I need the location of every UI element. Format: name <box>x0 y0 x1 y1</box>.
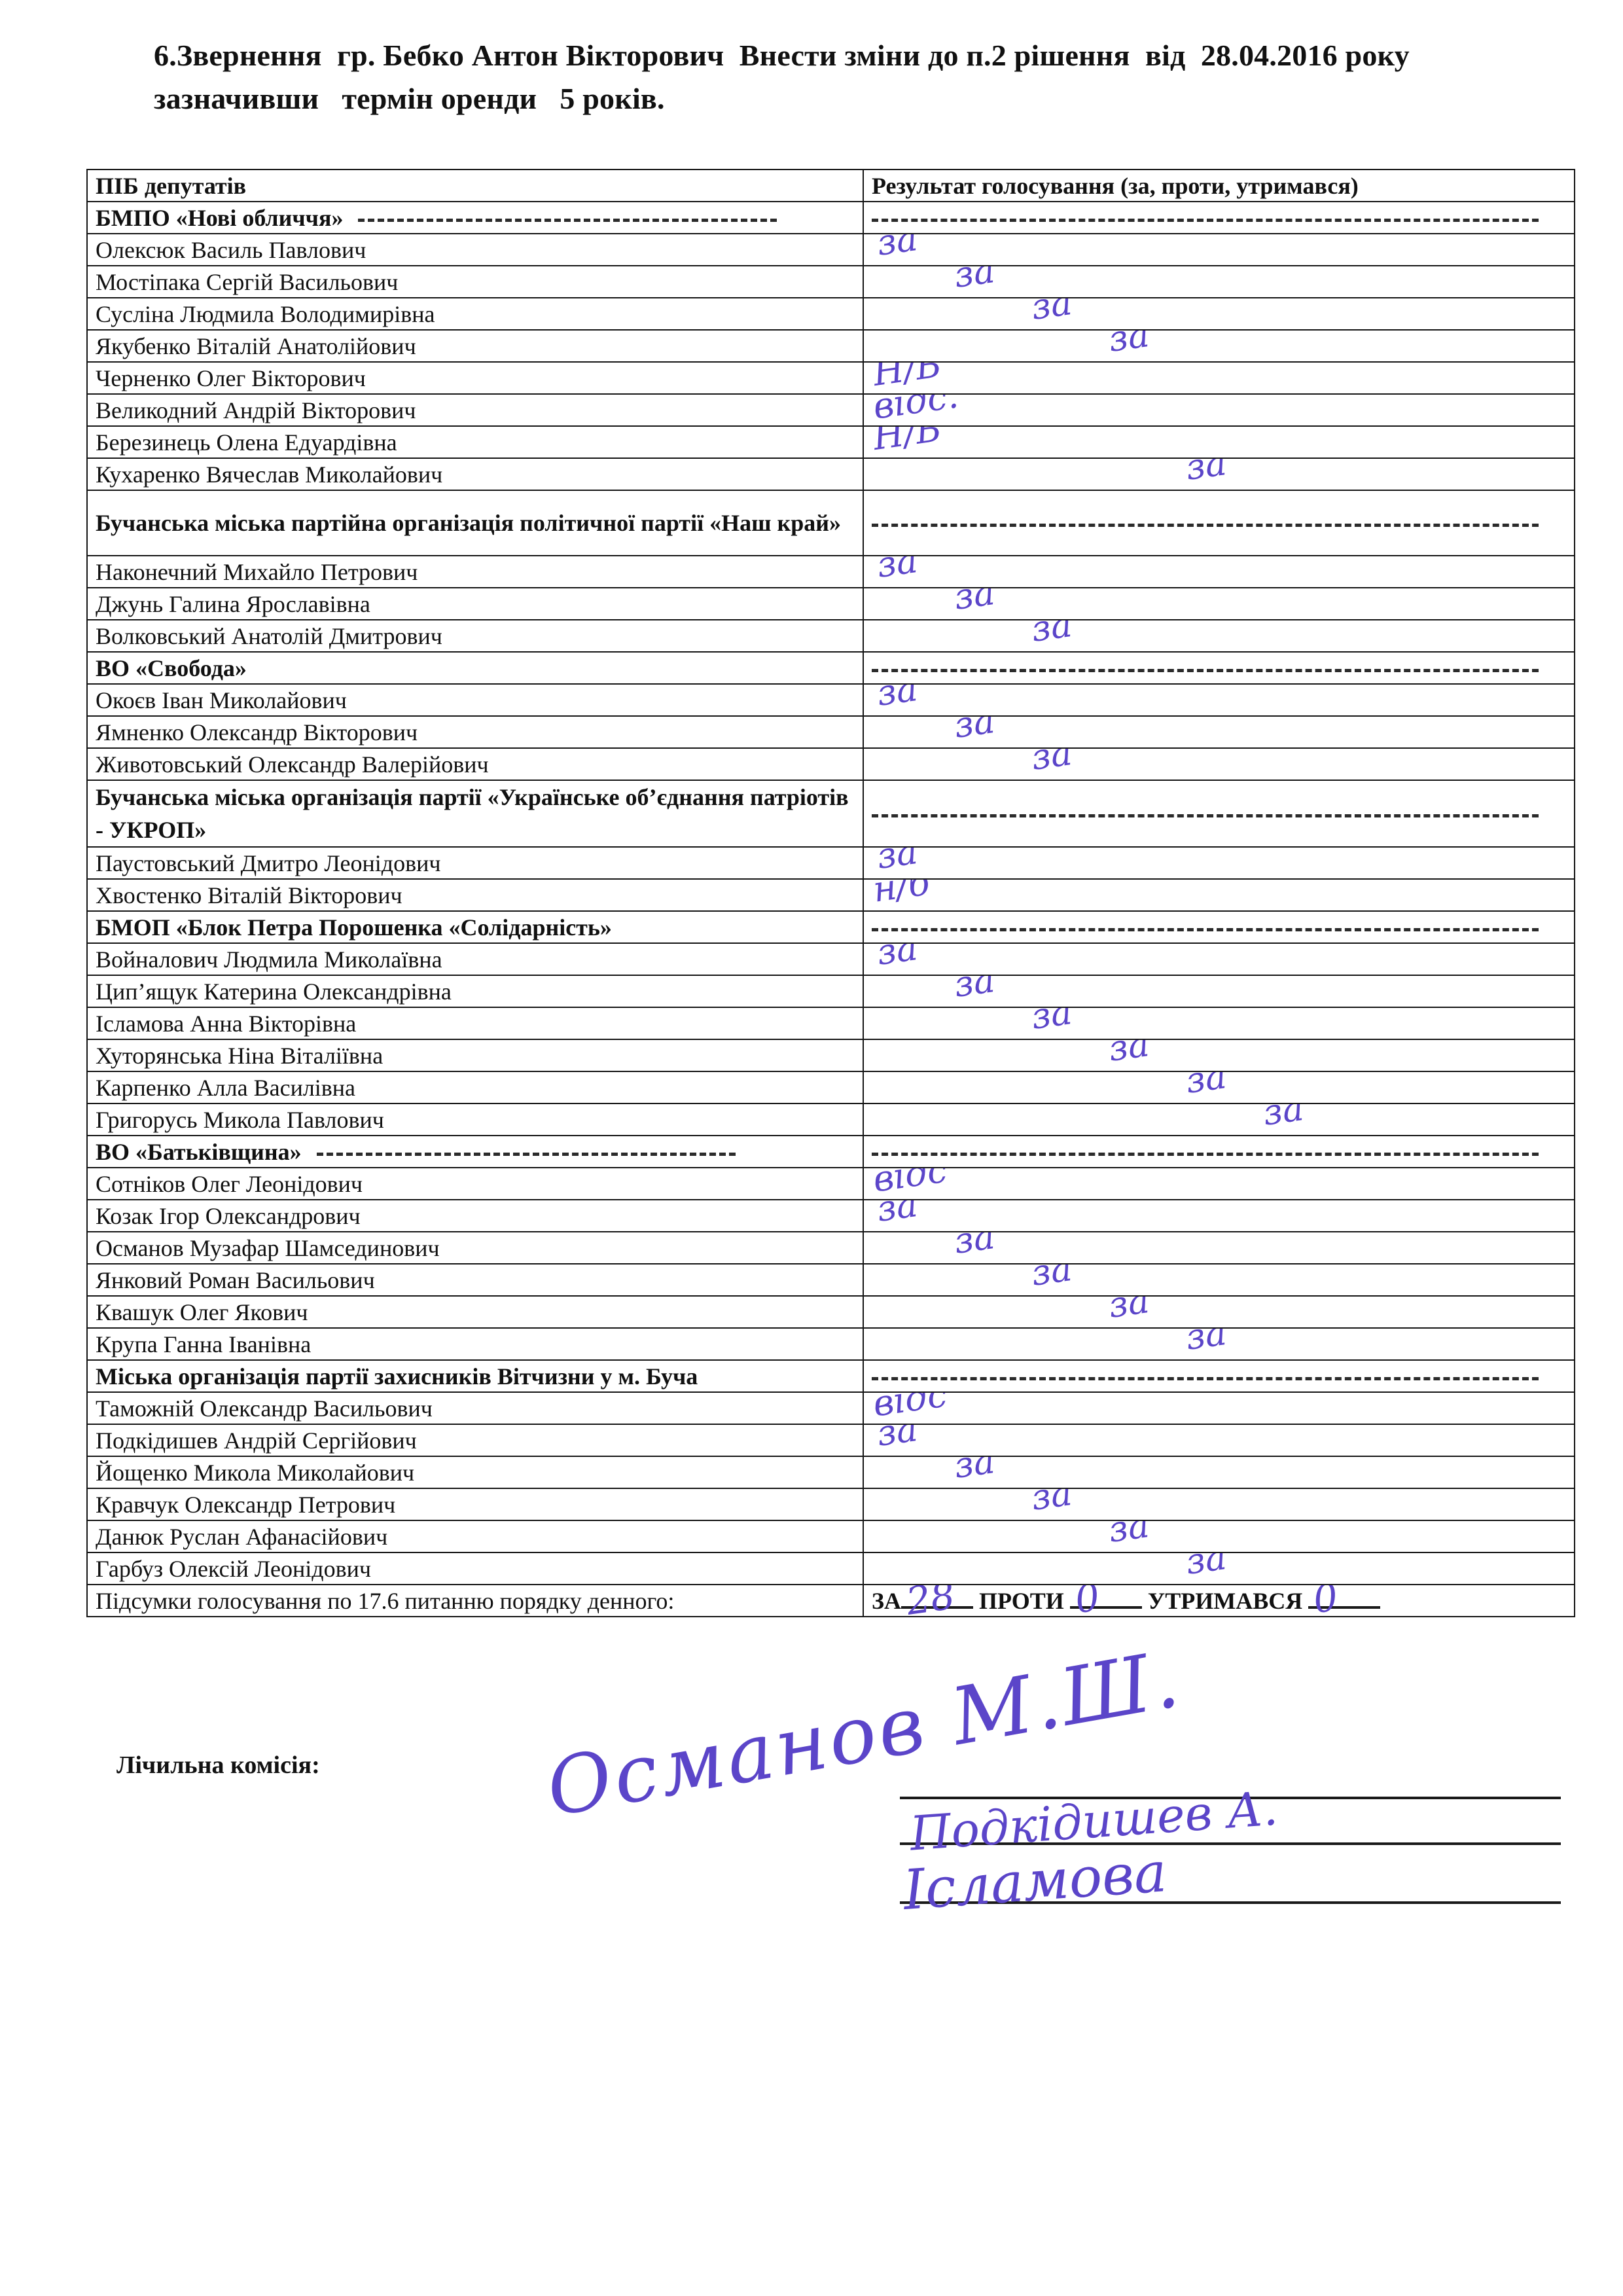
party-name: Бучанська міська партійна організація по… <box>87 490 863 556</box>
vote-result-cell: за <box>863 588 1575 620</box>
dashed-separator <box>872 1153 1539 1156</box>
against-blank: 0 <box>1070 1587 1142 1609</box>
deputy-row: Цип’ящук Катерина Олександрівназа <box>87 975 1575 1007</box>
handwritten-vote: за <box>1029 1488 1074 1518</box>
vote-result-cell: відс <box>863 1392 1575 1424</box>
party-result-cell <box>863 780 1575 847</box>
handwritten-vote: н/б <box>870 879 932 910</box>
vote-result-cell: за <box>863 1103 1575 1136</box>
party-result-cell <box>863 911 1575 943</box>
vote-result-cell: за <box>863 1264 1575 1296</box>
header-vote-result: Результат голосування (за, проти, утрима… <box>863 170 1575 202</box>
deputy-row: Черненко Олег ВікторовичН/Б <box>87 362 1575 394</box>
deputy-name: Хуторянська Ніна Віталіївна <box>87 1039 863 1071</box>
deputy-row: Ісламова Анна Вікторівназа <box>87 1007 1575 1039</box>
handwritten-vote: за <box>1106 1520 1151 1550</box>
vote-result-cell: за <box>863 1296 1575 1328</box>
deputy-row: Карпенко Алла Василівназа <box>87 1071 1575 1103</box>
handwritten-vote: за <box>1029 1007 1074 1037</box>
party-label: БМПО «Нові обличчя» <box>96 205 349 231</box>
vote-result-cell: за <box>863 1424 1575 1456</box>
vote-result-cell: відс. <box>863 394 1575 426</box>
handwritten-vote: за <box>1106 1039 1151 1069</box>
vote-result-cell: за <box>863 330 1575 362</box>
deputy-name: Ямненко Олександр Вікторович <box>87 716 863 748</box>
handwritten-vote: за <box>1183 1071 1228 1101</box>
handwritten-vote: за <box>952 1456 997 1486</box>
deputy-name: Подкідишев Андрій Сергійович <box>87 1424 863 1456</box>
deputy-name: Наконечний Михайло Петрович <box>87 556 863 588</box>
deputy-row: Мостіпака Сергій Васильовичза <box>87 266 1575 298</box>
handwritten-vote: за <box>874 943 919 973</box>
deputy-name: Данюк Руслан Афанасійович <box>87 1520 863 1552</box>
vote-result-cell: Н/Б <box>863 362 1575 394</box>
handwritten-vote: за <box>1106 1296 1151 1325</box>
deputy-name: Йощенко Микола Миколайович <box>87 1456 863 1488</box>
dashed-separator <box>317 1153 736 1156</box>
abstain-blank: 0 <box>1308 1587 1380 1609</box>
handwritten-vote: за <box>874 1424 919 1454</box>
vote-result-cell: за <box>863 748 1575 780</box>
deputy-row: Окоєв Іван Миколайовичза <box>87 684 1575 716</box>
counting-commission-label: Лічильна комісія: <box>116 1751 320 1780</box>
handwritten-vote: за <box>952 716 997 745</box>
deputy-name: Квашук Олег Якович <box>87 1296 863 1328</box>
deputy-name: Ісламова Анна Вікторівна <box>87 1007 863 1039</box>
document-title: 6.Звернення гр. Бебко Антон Вікторович В… <box>154 34 1567 120</box>
handwritten-vote: за <box>952 266 997 295</box>
handwritten-vote: за <box>874 847 919 876</box>
handwritten-vote: відс <box>870 1392 949 1424</box>
vote-result-cell: за <box>863 1071 1575 1103</box>
for-label: ЗА <box>872 1588 901 1614</box>
vote-result-cell: за <box>863 847 1575 879</box>
vote-result-cell: за <box>863 620 1575 652</box>
dashed-separator <box>872 524 1539 527</box>
deputy-name: Козак Ігор Олександрович <box>87 1200 863 1232</box>
against-count: ПРОТИ 0 <box>979 1587 1142 1615</box>
against-label: ПРОТИ <box>979 1588 1064 1614</box>
deputy-name: Паустовський Дмитро Леонідович <box>87 847 863 879</box>
deputy-name: Карпенко Алла Василівна <box>87 1071 863 1103</box>
for-blank: 28 <box>901 1587 973 1609</box>
vote-result-cell: за <box>863 1200 1575 1232</box>
party-row: ВО «Свобода» <box>87 652 1575 684</box>
handwritten-vote: за <box>1029 298 1074 327</box>
table-header-row: ПІБ депутатів Результат голосування (за,… <box>87 170 1575 202</box>
deputy-row: Березинець Олена ЕдуардівнаН/Б <box>87 426 1575 458</box>
party-result-cell <box>863 652 1575 684</box>
handwritten-vote: відс <box>870 1168 949 1200</box>
totals-values: ЗА28 ПРОТИ 0 УТРИМАВСЯ 0 <box>863 1585 1575 1617</box>
party-name: ВО «Свобода» <box>87 652 863 684</box>
party-row: БМПО «Нові обличчя» <box>87 202 1575 234</box>
handwritten-vote: за <box>1106 330 1151 359</box>
party-name: Міська організація партії захисників Віт… <box>87 1360 863 1392</box>
vote-result-cell: за <box>863 1328 1575 1360</box>
deputy-row: Гарбуз Олексій Леонідовичза <box>87 1552 1575 1585</box>
handwritten-vote: за <box>1183 458 1228 488</box>
deputy-name: Джунь Галина Ярославівна <box>87 588 863 620</box>
vote-result-cell: за <box>863 266 1575 298</box>
party-label: Бучанська міська організація партії «Укр… <box>96 784 849 843</box>
dashed-separator <box>872 1377 1539 1380</box>
abstain-value: 0 <box>1311 1585 1340 1614</box>
deputy-row: Ямненко Олександр Вікторовичза <box>87 716 1575 748</box>
party-label: ВО «Свобода» <box>96 655 247 681</box>
handwritten-vote: за <box>1183 1552 1228 1582</box>
handwritten-vote: за <box>874 1200 919 1229</box>
handwritten-vote: Н/Б <box>870 426 944 457</box>
deputy-name: Сусліна Людмила Володимирівна <box>87 298 863 330</box>
party-result-cell <box>863 490 1575 556</box>
deputy-row: Григорусь Микола Павловичза <box>87 1103 1575 1136</box>
dashed-separator <box>872 219 1539 222</box>
handwritten-vote: за <box>874 556 919 585</box>
vote-result-cell: за <box>863 1552 1575 1585</box>
handwritten-vote: за <box>952 1232 997 1261</box>
deputy-name: Березинець Олена Едуардівна <box>87 426 863 458</box>
vote-result-cell: за <box>863 943 1575 975</box>
deputy-name: Таможній Олександр Васильович <box>87 1392 863 1424</box>
vote-result-cell: за <box>863 716 1575 748</box>
vote-result-cell: за <box>863 1039 1575 1071</box>
vote-result-cell: за <box>863 1456 1575 1488</box>
deputy-row: Якубенко Віталій Анатолійовичза <box>87 330 1575 362</box>
party-label: БМОП «Блок Петра Порошенка «Солідарність… <box>96 914 612 941</box>
party-result-cell <box>863 1136 1575 1168</box>
deputy-name: Янковий Роман Васильович <box>87 1264 863 1296</box>
deputy-name: Сотніков Олег Леонідович <box>87 1168 863 1200</box>
handwritten-vote: за <box>874 684 919 713</box>
handwritten-vote: за <box>874 234 919 263</box>
deputy-row: Животовський Олександр Валерійовичза <box>87 748 1575 780</box>
deputy-row: Паустовський Дмитро Леонідовичза <box>87 847 1575 879</box>
party-row: Міська організація партії захисників Віт… <box>87 1360 1575 1392</box>
party-row: Бучанська міська організація партії «Укр… <box>87 780 1575 847</box>
dashed-separator <box>872 928 1539 931</box>
party-result-cell <box>863 1360 1575 1392</box>
deputy-row: Данюк Руслан Афанасійовичза <box>87 1520 1575 1552</box>
deputy-row: Квашук Олег Яковичза <box>87 1296 1575 1328</box>
deputy-name: Гарбуз Олексій Леонідович <box>87 1552 863 1585</box>
vote-result-cell: за <box>863 1007 1575 1039</box>
dashed-separator <box>358 219 777 222</box>
party-name: БМОП «Блок Петра Порошенка «Солідарність… <box>87 911 863 943</box>
party-row: БМОП «Блок Петра Порошенка «Солідарність… <box>87 911 1575 943</box>
party-row: ВО «Батьківщина» <box>87 1136 1575 1168</box>
for-count: ЗА28 <box>872 1587 973 1615</box>
against-value: 0 <box>1073 1585 1101 1614</box>
handwritten-vote: за <box>952 975 997 1005</box>
voting-table: ПІБ депутатів Результат голосування (за,… <box>86 169 1575 1617</box>
vote-result-cell: за <box>863 1232 1575 1264</box>
handwritten-vote: Н/Б <box>870 362 944 393</box>
deputy-row: Козак Ігор Олександровичза <box>87 1200 1575 1232</box>
deputy-row: Османов Музафар Шамсединовичза <box>87 1232 1575 1264</box>
deputy-row: Кравчук Олександр Петровичза <box>87 1488 1575 1520</box>
deputy-name: Великодний Андрій Вікторович <box>87 394 863 426</box>
party-label: Міська організація партії захисників Віт… <box>96 1363 698 1390</box>
party-name: ВО «Батьківщина» <box>87 1136 863 1168</box>
title-line-1: 6.Звернення гр. Бебко Антон Вікторович В… <box>154 34 1567 77</box>
totals-row: Підсумки голосування по 17.6 питанню пор… <box>87 1585 1575 1617</box>
deputy-name: Османов Музафар Шамсединович <box>87 1232 863 1264</box>
deputy-row: Йощенко Микола Миколайовичза <box>87 1456 1575 1488</box>
handwritten-vote: за <box>1183 1328 1228 1357</box>
handwritten-vote: за <box>1260 1103 1306 1133</box>
vote-result-cell: Н/Б <box>863 426 1575 458</box>
abstain-count: УТРИМАВСЯ 0 <box>1148 1587 1380 1615</box>
deputy-row: Хуторянська Ніна Віталіївназа <box>87 1039 1575 1071</box>
vote-result-cell: за <box>863 298 1575 330</box>
deputy-name: Окоєв Іван Миколайович <box>87 684 863 716</box>
vote-result-cell: за <box>863 1488 1575 1520</box>
deputy-row: Таможній Олександр Васильовичвідс <box>87 1392 1575 1424</box>
deputy-name: Кухаренко Вячеслав Миколайович <box>87 458 863 490</box>
deputy-row: Великодний Андрій Вікторовичвідс. <box>87 394 1575 426</box>
dashed-separator <box>872 669 1539 672</box>
for-value: 28 <box>904 1585 956 1615</box>
deputy-row: Подкідишев Андрій Сергійовичза <box>87 1424 1575 1456</box>
vote-result-cell: відс <box>863 1168 1575 1200</box>
abstain-label: УТРИМАВСЯ <box>1148 1588 1302 1614</box>
deputy-name: Войналович Людмила Миколаївна <box>87 943 863 975</box>
vote-result-cell: за <box>863 975 1575 1007</box>
deputy-name: Мостіпака Сергій Васильович <box>87 266 863 298</box>
deputy-row: Наконечний Михайло Петровичза <box>87 556 1575 588</box>
deputy-row: Войналович Людмила Миколаївназа <box>87 943 1575 975</box>
party-name: БМПО «Нові обличчя» <box>87 202 863 234</box>
deputy-row: Волковський Анатолій Дмитровичза <box>87 620 1575 652</box>
totals-label: Підсумки голосування по 17.6 питанню пор… <box>87 1585 863 1617</box>
deputy-name: Григорусь Микола Павлович <box>87 1103 863 1136</box>
deputy-name: Хвостенко Віталій Вікторович <box>87 879 863 911</box>
deputy-name: Крупа Ганна Іванівна <box>87 1328 863 1360</box>
party-label: Бучанська міська партійна організація по… <box>96 510 841 536</box>
deputy-row: Крупа Ганна Іванівназа <box>87 1328 1575 1360</box>
title-line-2: зазначивши термін оренди 5 років. <box>154 77 1567 120</box>
deputy-name: Животовський Олександр Валерійович <box>87 748 863 780</box>
handwritten-vote: за <box>1029 1264 1074 1293</box>
handwritten-vote: за <box>1029 620 1074 649</box>
vote-result-cell: н/б <box>863 879 1575 911</box>
vote-result-cell: за <box>863 458 1575 490</box>
deputy-name: Волковський Анатолій Дмитрович <box>87 620 863 652</box>
party-result-cell <box>863 202 1575 234</box>
vote-result-cell: за <box>863 234 1575 266</box>
vote-result-cell: за <box>863 1520 1575 1552</box>
handwritten-vote: за <box>952 588 997 617</box>
deputy-name: Олексюк Василь Павлович <box>87 234 863 266</box>
deputy-name: Цип’ящук Катерина Олександрівна <box>87 975 863 1007</box>
deputy-row: Джунь Галина Ярославівназа <box>87 588 1575 620</box>
deputy-name: Черненко Олег Вікторович <box>87 362 863 394</box>
deputy-row: Хвостенко Віталій Вікторовичн/б <box>87 879 1575 911</box>
header-deputy-names: ПІБ депутатів <box>87 170 863 202</box>
deputy-row: Олексюк Василь Павловичза <box>87 234 1575 266</box>
deputy-row: Янковий Роман Васильовичза <box>87 1264 1575 1296</box>
handwritten-vote: відс. <box>870 394 960 426</box>
handwritten-vote: за <box>1029 748 1074 778</box>
deputy-name: Якубенко Віталій Анатолійович <box>87 330 863 362</box>
vote-result-cell: за <box>863 556 1575 588</box>
dashed-separator <box>872 814 1539 817</box>
deputy-name: Кравчук Олександр Петрович <box>87 1488 863 1520</box>
vote-result-cell: за <box>863 684 1575 716</box>
party-name: Бучанська міська організація партії «Укр… <box>87 780 863 847</box>
party-row: Бучанська міська партійна організація по… <box>87 490 1575 556</box>
deputy-row: Сотніков Олег Леонідовичвідс <box>87 1168 1575 1200</box>
party-label: ВО «Батьківщина» <box>96 1139 308 1165</box>
deputy-row: Кухаренко Вячеслав Миколайовичза <box>87 458 1575 490</box>
deputy-row: Сусліна Людмила Володимирівназа <box>87 298 1575 330</box>
